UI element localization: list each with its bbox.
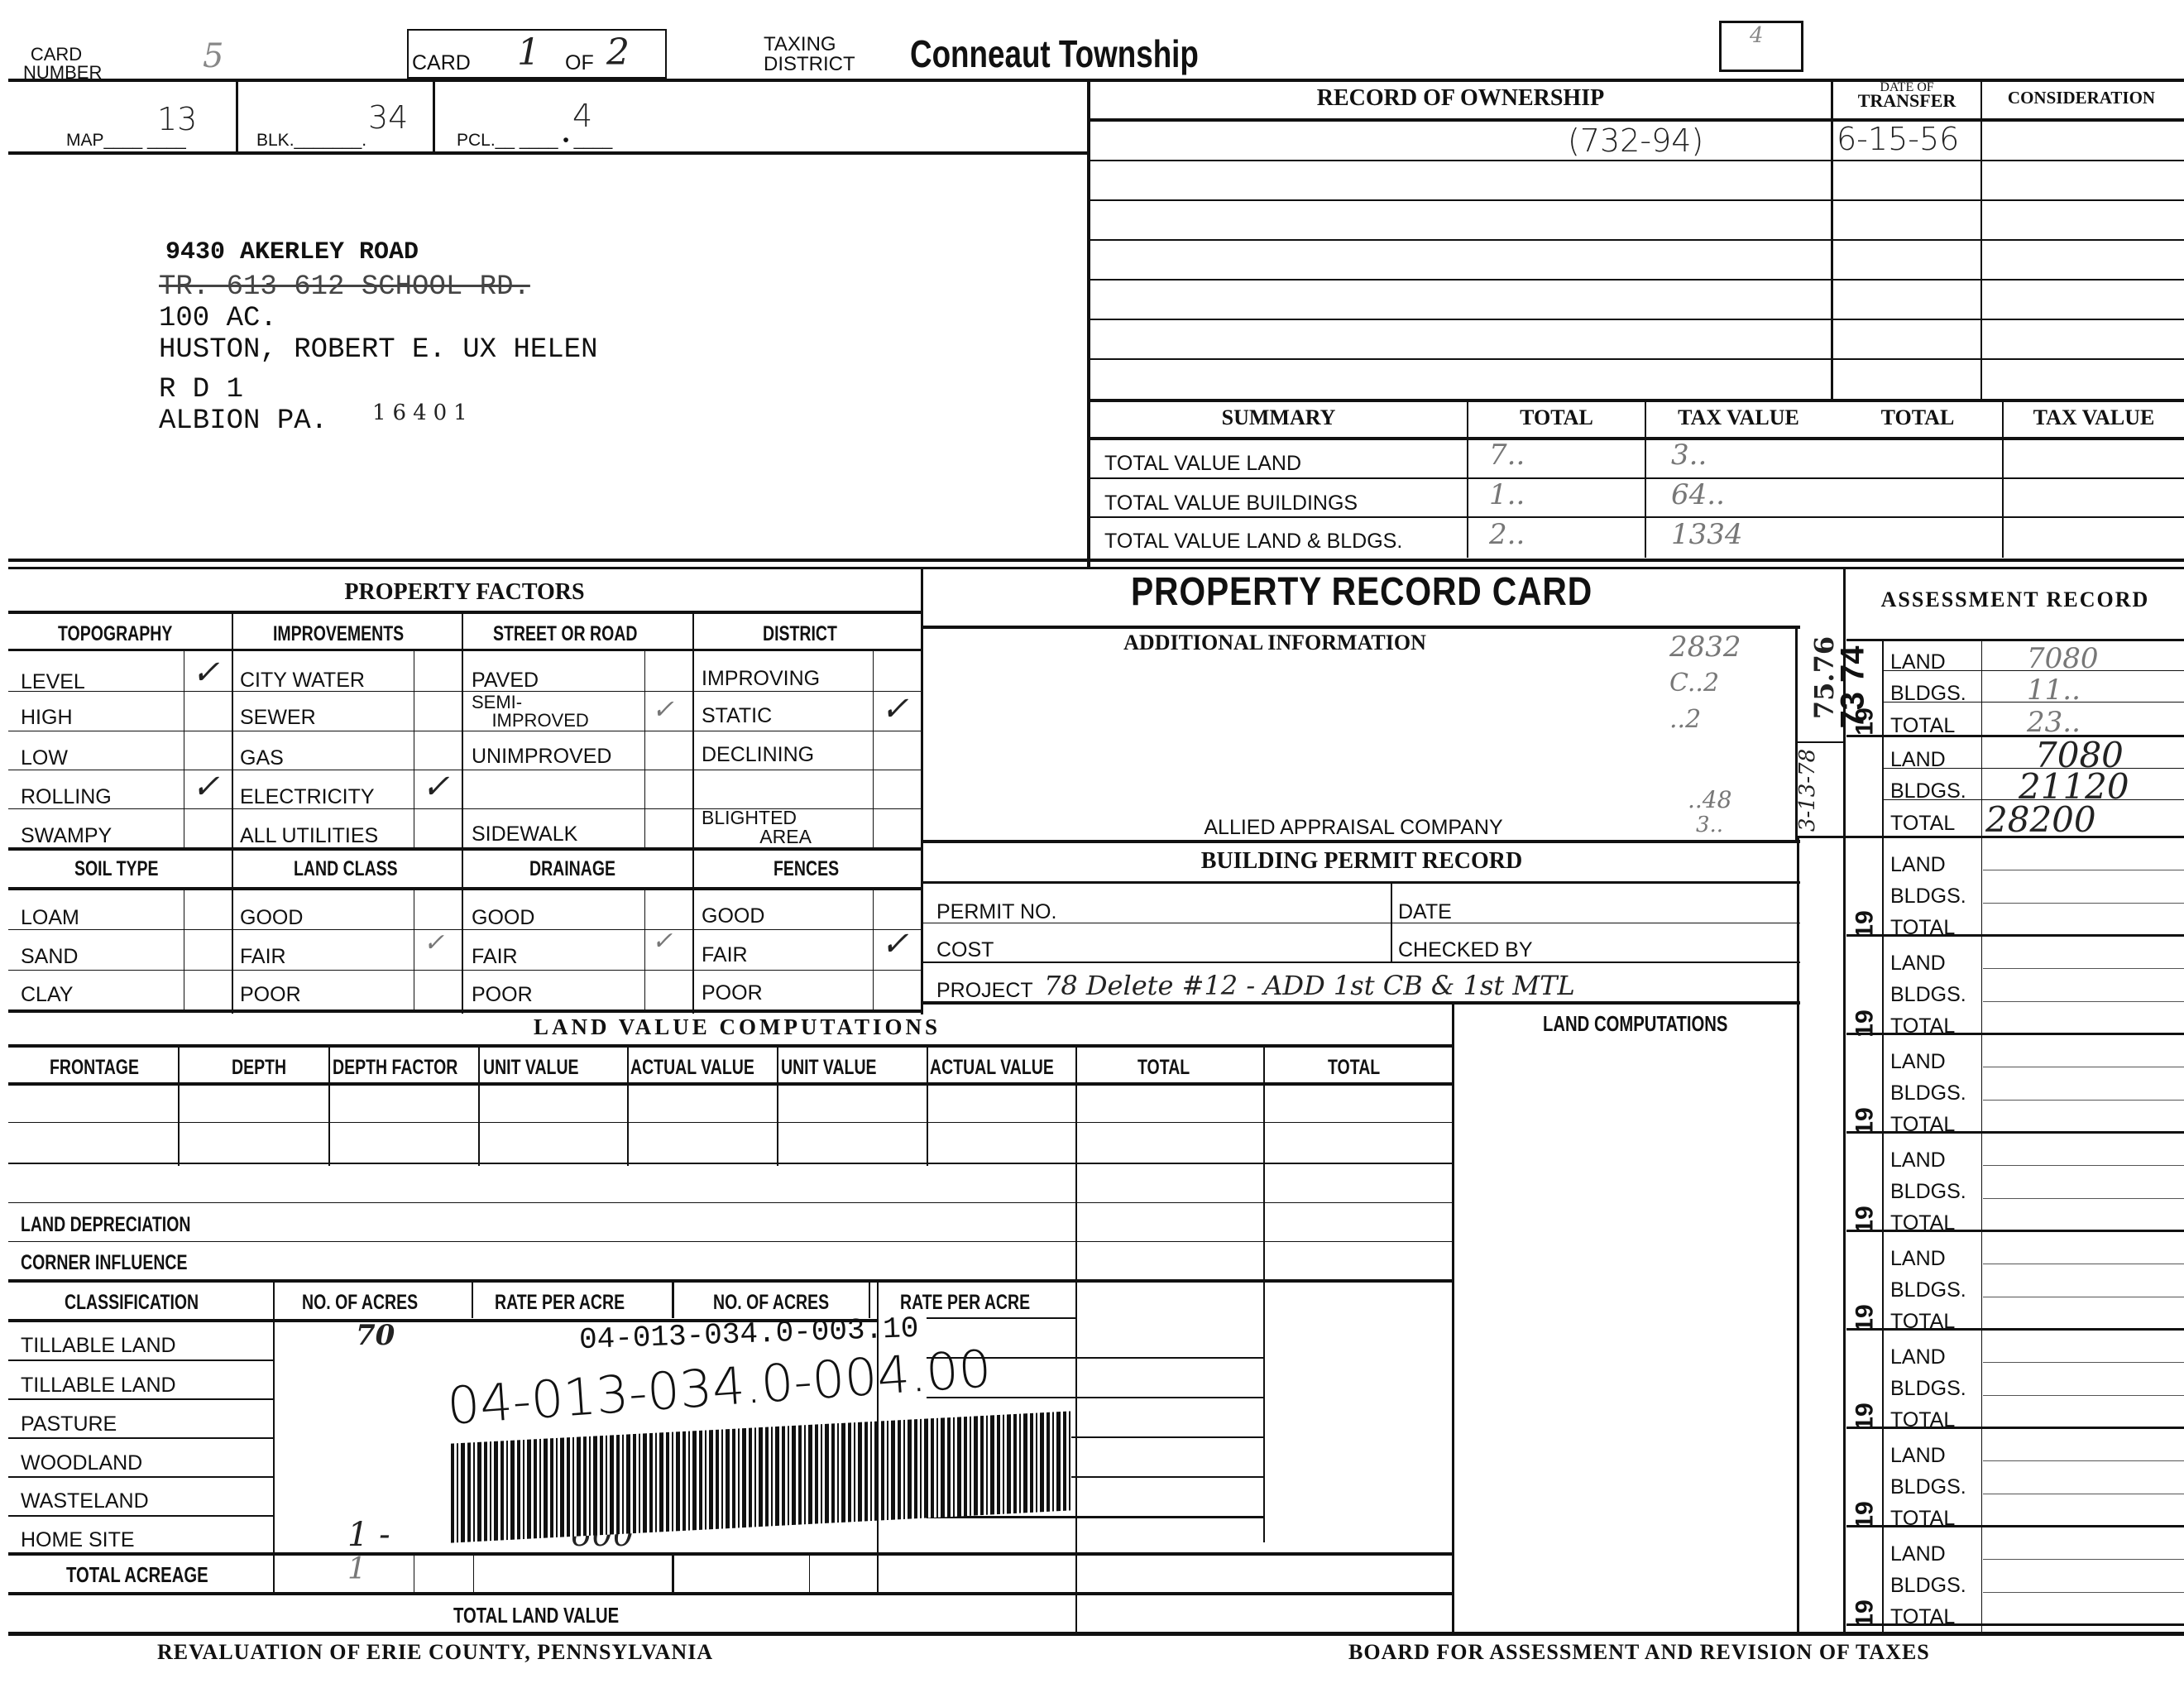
assessment-total-label: TOTAL: [1890, 812, 1955, 836]
acreage-tillable-acres: 70: [356, 1319, 395, 1352]
map-label: MAP____ ____: [66, 131, 186, 151]
year-prefix: 19: [1851, 910, 1880, 938]
barcode: [451, 1411, 1071, 1542]
summary-title: SUMMARY: [1090, 405, 1467, 430]
footer-right: BOARD FOR ASSESSMENT AND REVISION OF TAX…: [1348, 1640, 1930, 1665]
acreage-row-woodland: WOODLAND: [21, 1451, 142, 1475]
property-factors-title: PROPERTY FACTORS: [8, 579, 921, 606]
lv-header-actual-value: ACTUAL VALUE: [630, 1056, 754, 1080]
pf-district-improving: IMPROVING: [702, 667, 820, 691]
ownership-title: RECORD OF OWNERSHIP: [1090, 85, 1831, 112]
lv-header-depth: DEPTH: [232, 1056, 286, 1080]
check-level: ✓: [192, 654, 220, 692]
acreage-row-home-site: HOME SITE: [21, 1528, 135, 1552]
lv-header-unit-value: UNIT VALUE: [483, 1056, 579, 1080]
summary-header-total: TOTAL: [1468, 405, 1645, 430]
permit-cost-label: COST: [936, 938, 994, 962]
pf-improvements-city-water: CITY WATER: [240, 669, 365, 693]
pf-landclass-poor: POOR: [240, 983, 301, 1007]
year-prefix: 19: [1851, 1501, 1880, 1528]
pf-district-declining: DECLINING: [702, 743, 814, 767]
blk-label: BLK._______.: [256, 131, 366, 151]
assessment-block-8: LANDBLDGS.TOTAL: [1890, 1341, 1966, 1436]
pf-improvements-gas: GAS: [240, 746, 284, 770]
card-label: CARD: [412, 51, 471, 75]
acreage-header-rate-2: RATE PER ACRE: [900, 1291, 1030, 1315]
assessment-block-9: LANDBLDGS.TOTAL: [1890, 1440, 1966, 1534]
card-index: 1: [517, 31, 540, 74]
pf-fences-good: GOOD: [702, 904, 764, 928]
allied-appraisal-company: ALLIED APPRAISAL COMPANY: [923, 816, 1784, 840]
summary-land-tax: 3..: [1671, 439, 1707, 472]
lv-header-depth-factor: DEPTH FACTOR: [333, 1056, 457, 1080]
address-line-5: R D 1: [159, 374, 243, 405]
building-permit-title: BUILDING PERMIT RECORD: [923, 848, 1800, 875]
summary-label-land-bldgs: TOTAL VALUE LAND & BLDGS.: [1104, 530, 1402, 554]
summary-total-tax: 1334: [1671, 518, 1743, 551]
assessment-block-10: LANDBLDGS.TOTAL: [1890, 1538, 1966, 1633]
pf-topography-swampy: SWAMPY: [21, 824, 112, 848]
acreage-row-pasture: PASTURE: [21, 1412, 117, 1436]
summary-total-total: 2..: [1489, 518, 1525, 551]
pcl-value: 4: [572, 98, 592, 134]
card-total: 2: [606, 31, 630, 74]
summary-header-tax-value: TAX VALUE: [1646, 405, 1831, 430]
pcl-label: PCL.__ ____ • ____: [457, 131, 612, 151]
summary-label-land: TOTAL VALUE LAND: [1104, 452, 1301, 476]
land-depreciation-label: LAND DEPRECIATION: [21, 1213, 190, 1237]
pf-district-static: STATIC: [702, 704, 772, 728]
pf-soil-loam: LOAM: [21, 906, 79, 930]
taxing-district-value: Conneaut Township: [910, 31, 1199, 76]
check-rolling: ✓: [192, 768, 220, 806]
acreage-row-wasteland: WASTELAND: [21, 1489, 149, 1513]
corner-influence-label: CORNER INFLUENCE: [21, 1251, 188, 1275]
year-prefix: 19: [1851, 1107, 1880, 1134]
summary-header-tax-value-2: TAX VALUE: [2004, 405, 2184, 430]
summary-bldgs-total: 1..: [1489, 478, 1525, 511]
pf-topography-level: LEVEL: [21, 670, 85, 694]
owner-name: HUSTON, ROBERT E. UX HELEN: [159, 334, 598, 366]
taxing-district-label: TAXINGDISTRICT: [764, 35, 855, 74]
assessment-block-5: LANDBLDGS.TOTAL: [1890, 1046, 1966, 1140]
assessment-block-4: LANDBLDGS.TOTAL: [1890, 947, 1966, 1042]
pf-landclass-fair: FAIR: [240, 945, 286, 969]
land-computations-title: LAND COMPUTATIONS: [1543, 1011, 1727, 1037]
pf-fences-fair: FAIR: [702, 943, 748, 967]
additional-note-4: ..48: [1688, 786, 1731, 813]
assessment-block-3: LANDBLDGS.TOTAL: [1890, 849, 1966, 943]
card-number-value: 5: [203, 37, 223, 75]
acreage-header-no-acres: NO. OF ACRES: [302, 1291, 418, 1315]
pf-topography-rolling: ROLLING: [21, 785, 112, 809]
pf-drainage-poor: POOR: [472, 983, 533, 1007]
pf-header-fences: FENCES: [773, 857, 839, 881]
check-electricity: ✓: [422, 768, 450, 806]
pf-drainage-good: GOOD: [472, 906, 534, 930]
pf-header-land-class: LAND CLASS: [294, 857, 398, 881]
pf-improvements-all-utilities: ALL UTILITIES: [240, 824, 378, 848]
acreage-row-tillable-1: TILLABLE LAND: [21, 1334, 176, 1358]
check-static: ✓: [881, 690, 909, 728]
pf-header-drainage: DRAINAGE: [529, 857, 615, 881]
pf-topography-high: HIGH: [21, 706, 73, 730]
total-acreage-label: TOTAL ACREAGE: [66, 1562, 208, 1588]
pf-header-improvements: IMPROVEMENTS: [273, 622, 404, 646]
assessment-2-total: 28200: [1985, 799, 2096, 840]
check-landclass-fair: ✓: [424, 928, 444, 957]
year-prefix: 19: [1851, 1403, 1880, 1430]
card-of-label: OF: [565, 51, 594, 75]
acreage-header-no-acres-2: NO. OF ACRES: [713, 1291, 829, 1315]
summary-label-buildings: TOTAL VALUE BUILDINGS: [1104, 492, 1358, 516]
total-land-value-label: TOTAL LAND VALUE: [453, 1603, 619, 1628]
total-acreage-value: 1: [347, 1552, 366, 1586]
year-prefix: 19: [1851, 707, 1880, 735]
pf-header-street: STREET OR ROAD: [493, 622, 637, 646]
land-value-title: LAND VALUE COMPUTATIONS: [534, 1014, 941, 1040]
address-zip: 16401: [372, 400, 474, 425]
pf-drainage-fair: FAIR: [472, 945, 518, 969]
property-record-card-title: PROPERTY RECORD CARD: [989, 569, 1735, 615]
additional-note-2: C..2: [1669, 669, 1719, 698]
permit-no-label: PERMIT NO.: [936, 900, 1056, 924]
date-of-transfer-header: DATE OFTRANSFER: [1832, 81, 1981, 110]
check-semi-improved: ✓: [652, 693, 674, 725]
permit-project-value: 78 Delete #12 - ADD 1st CB & 1st MTL: [1044, 970, 1575, 1001]
pf-street-unimproved: UNIMPROVED: [472, 745, 611, 769]
ownership-row-date: 6-15-56: [1837, 121, 1959, 157]
pf-street-semi-improved: SEMI- IMPROVED: [472, 693, 589, 730]
lv-header-total: TOTAL: [1137, 1056, 1190, 1080]
pf-soil-sand: SAND: [21, 945, 78, 969]
address-line-1: 9430 AKERLEY ROAD: [165, 238, 419, 266]
lv-header-unit-value-2: UNIT VALUE: [781, 1056, 877, 1080]
pf-street-paved: PAVED: [472, 669, 539, 693]
acreage-row-tillable-2: TILLABLE LAND: [21, 1374, 176, 1398]
additional-note-1: 2832: [1669, 631, 1741, 664]
acreage-header-classification: CLASSIFICATION: [65, 1291, 199, 1315]
address-line-3: 100 AC.: [159, 303, 277, 334]
pf-improvements-sewer: SEWER: [240, 706, 316, 730]
pf-topography-low: LOW: [21, 746, 68, 770]
pf-header-topography: TOPOGRAPHY: [58, 622, 172, 646]
pf-header-soil-type: SOIL TYPE: [74, 857, 159, 881]
summary-land-total: 7..: [1489, 439, 1525, 472]
pf-improvements-electricity: ELECTRICITY: [240, 785, 375, 809]
address-city: ALBION PA.: [159, 405, 328, 437]
lv-header-total-2: TOTAL: [1328, 1056, 1380, 1080]
footer-left: REVALUATION OF ERIE COUNTY, PENNSYLVANIA: [157, 1640, 713, 1665]
additional-note-3: ..2: [1669, 705, 1701, 734]
summary-bldgs-tax: 64..: [1671, 478, 1725, 511]
pf-district-blighted-area: BLIGHTED AREA: [702, 808, 812, 846]
acreage-header-rate: RATE PER ACRE: [495, 1291, 625, 1315]
assessment-block-7: LANDBLDGS.TOTAL: [1890, 1243, 1966, 1337]
card-number-label: CARDNUMBER: [23, 46, 89, 82]
pf-street-sidewalk: SIDEWALK: [472, 822, 577, 846]
year-prefix: 19: [1851, 1304, 1880, 1331]
year-prefix: 19: [1851, 1599, 1880, 1627]
permit-project-label: PROJECT: [936, 979, 1033, 1003]
year-prefix: 19: [1851, 1009, 1880, 1037]
pf-soil-clay: CLAY: [21, 983, 73, 1007]
assessment-block-6: LANDBLDGS.TOTAL: [1890, 1144, 1966, 1239]
permit-date-label: DATE: [1398, 900, 1452, 924]
summary-header-total-2: TOTAL: [1833, 405, 2002, 430]
side-note-3-13-78: 3-13-78: [1795, 749, 1820, 832]
ownership-row-owner: (732-94): [1568, 122, 1703, 159]
address-line-2-struck: TR. 613 612 SCHOOL RD.: [159, 271, 530, 303]
district-code-value: 4: [1750, 23, 1764, 48]
lv-header-frontage: FRONTAGE: [50, 1056, 139, 1080]
acreage-home-site-acres: 1 -: [347, 1516, 390, 1554]
year-prefix: 19: [1851, 1206, 1880, 1233]
check-drainage-fair: ✓: [652, 927, 673, 956]
additional-info-title: ADDITIONAL INFORMATION: [923, 631, 1626, 655]
assessment-record-title: ASSESSMENT RECORD: [1846, 587, 2184, 612]
pf-landclass-good: GOOD: [240, 906, 303, 930]
consideration-header: CONSIDERATION: [1982, 88, 2181, 108]
check-fences-fair: ✓: [881, 925, 909, 963]
permit-checked-by-label: CHECKED BY: [1398, 938, 1533, 962]
pf-header-district: DISTRICT: [763, 622, 837, 646]
blk-value: 34: [368, 99, 408, 136]
pf-fences-poor: POOR: [702, 981, 763, 1005]
assessment-1-total: 23..: [2027, 706, 2081, 739]
lv-header-actual-value-2: ACTUAL VALUE: [930, 1056, 1054, 1080]
